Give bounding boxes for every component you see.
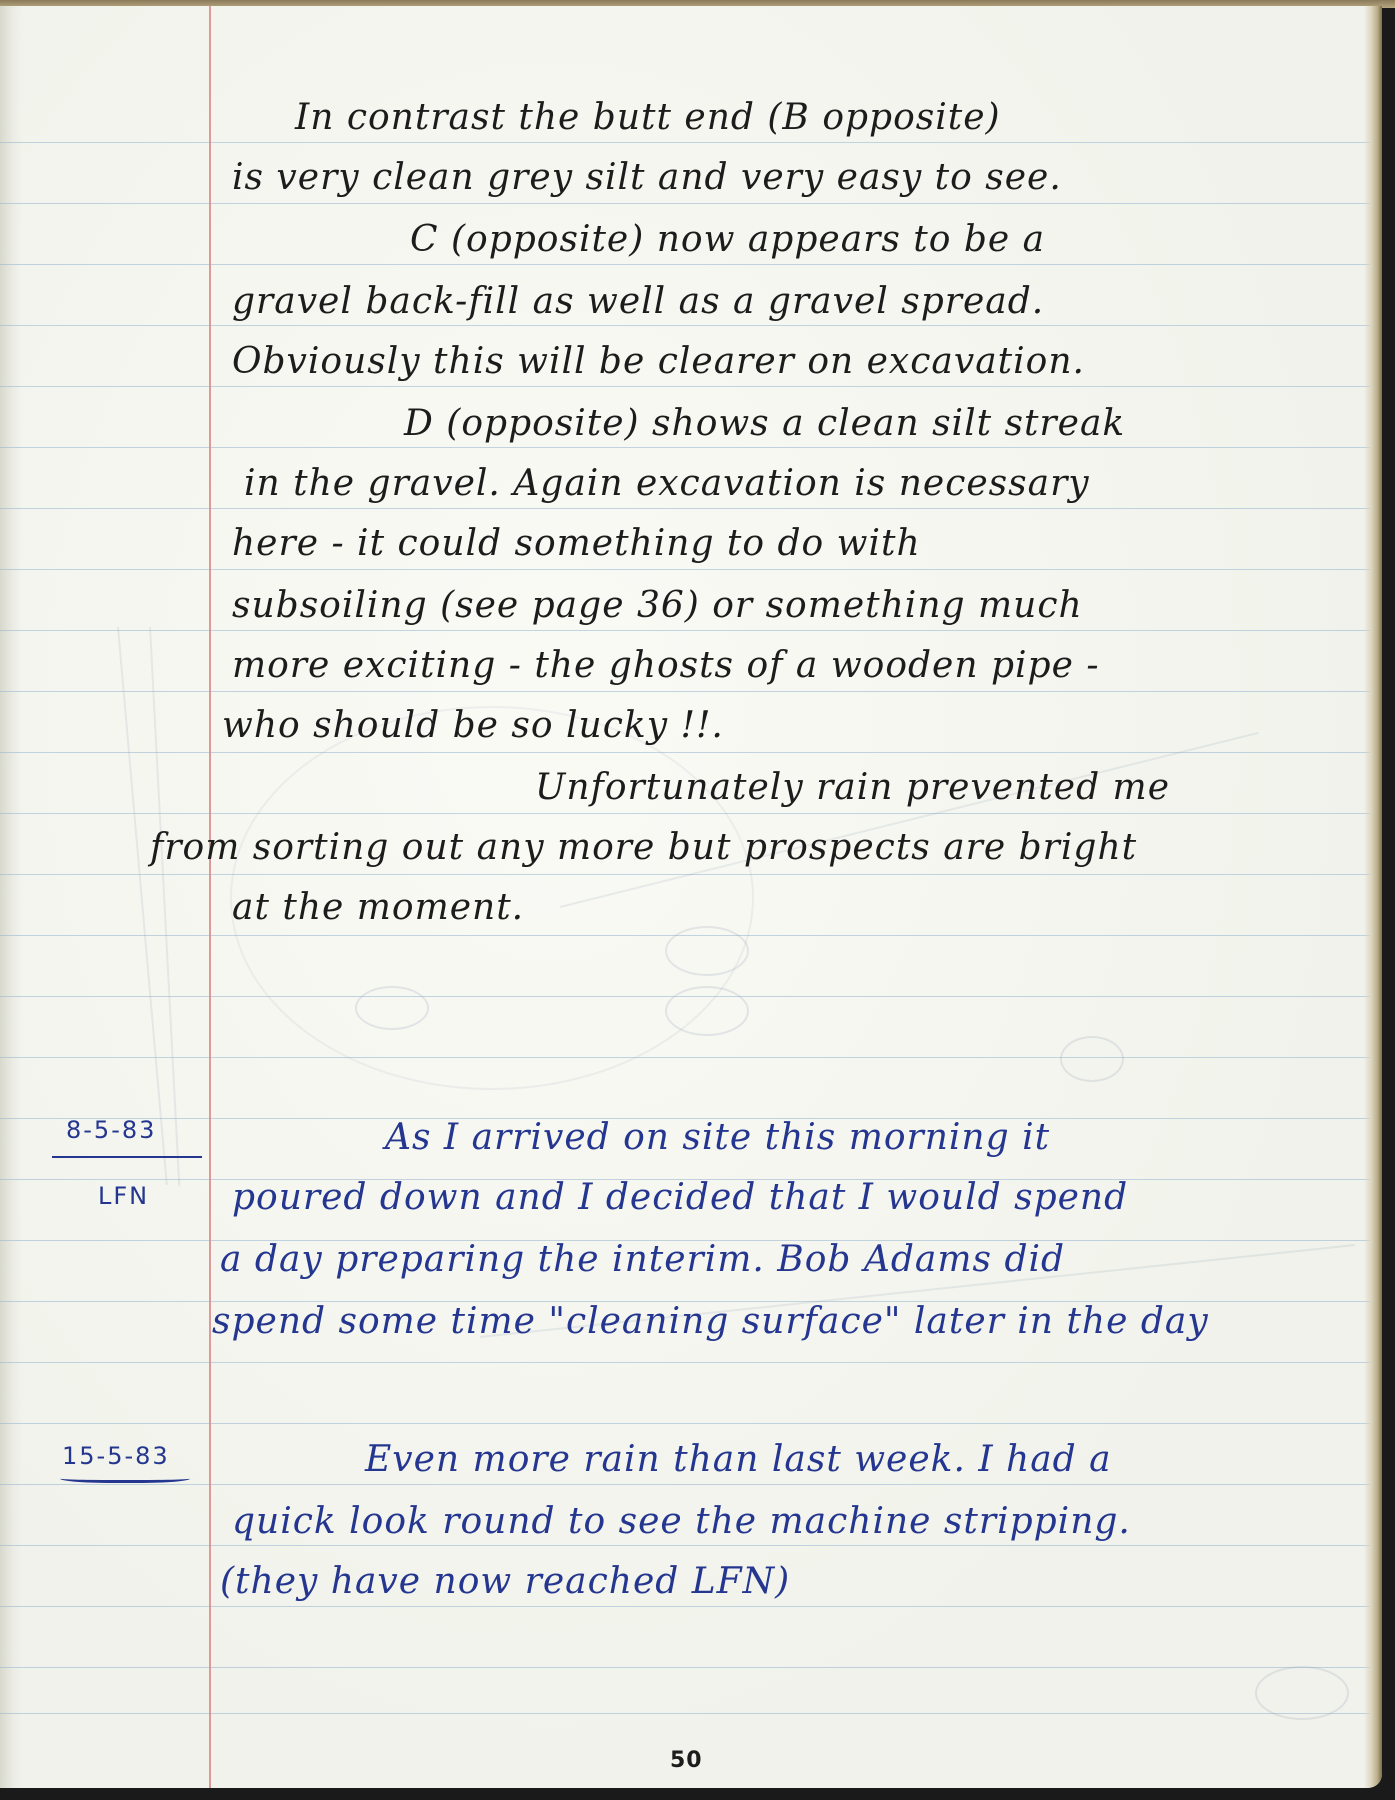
entry-text-line: Unfortunately rain prevented me: [535, 768, 1170, 808]
entry-date: 15-5-83: [62, 1442, 170, 1470]
notebook-page: In contrast the butt end (B opposite) is…: [0, 6, 1382, 1788]
entry-text-line: As I arrived on site this morning it: [385, 1118, 1050, 1158]
entry-text-line: poured down and I decided that I would s…: [232, 1178, 1128, 1218]
entry-text-line: Obviously this will be clearer on excava…: [232, 342, 1085, 382]
entry-text-line: is very clean grey silt and very easy to…: [232, 158, 1062, 198]
entry-text-line: in the gravel. Again excavation is neces…: [244, 464, 1090, 504]
date-underline: [52, 1156, 202, 1158]
date-wavy-underline: [60, 1472, 190, 1483]
entry-text-line: from sorting out any more but prospects …: [150, 828, 1137, 868]
entry-text-line: subsoiling (see page 36) or something mu…: [232, 586, 1083, 626]
page-edge-binding: [1364, 6, 1382, 1788]
entry-text-line: (they have now reached LFN): [220, 1562, 790, 1602]
red-margin-line: [209, 6, 211, 1788]
entry-date: 8-5-83: [66, 1116, 156, 1144]
entry-text-line: D (opposite) shows a clean silt streak: [404, 404, 1125, 444]
entry-text-line: gravel back-fill as well as a gravel spr…: [232, 282, 1044, 322]
entry-text-line: quick look round to see the machine stri…: [232, 1502, 1131, 1542]
entry-text-line: C (opposite) now appears to be a: [410, 220, 1045, 260]
entry-text-line: who should be so lucky !!.: [222, 706, 724, 746]
entry-text-line: spend some time "cleaning surface" later…: [212, 1302, 1209, 1342]
site-code: LFN: [98, 1182, 149, 1210]
entry-text-line: In contrast the butt end (B opposite): [295, 98, 1001, 138]
entry-text-line: here - it could something to do with: [232, 524, 921, 564]
page-number: 50: [670, 1748, 703, 1773]
entry-text-line: more exciting - the ghosts of a wooden p…: [232, 646, 1099, 686]
entry-text-line: at the moment.: [232, 888, 524, 928]
entry-text-line: Even more rain than last week. I had a: [365, 1440, 1112, 1480]
page-gutter-shadow: [0, 6, 22, 1788]
entry-text-line: a day preparing the interim. Bob Adams d…: [220, 1240, 1065, 1280]
